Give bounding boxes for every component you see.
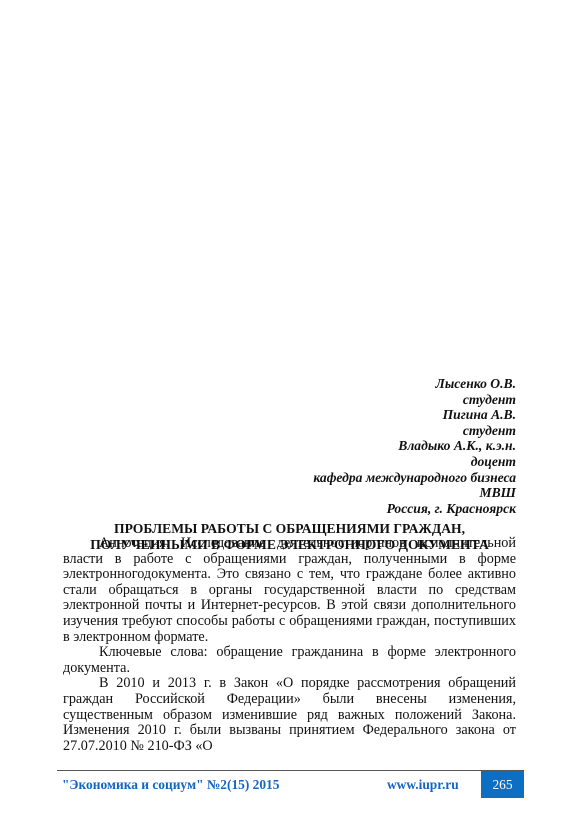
author-institution: МВШ bbox=[313, 485, 516, 501]
author-position: студент bbox=[313, 392, 516, 408]
body-paragraph: В 2010 и 2013 г. в Закон «О порядке расс… bbox=[63, 676, 516, 754]
author-position: студент bbox=[313, 423, 516, 439]
footer-website-link[interactable]: www.iupr.ru bbox=[387, 777, 459, 793]
footer-divider bbox=[57, 770, 524, 771]
author-position: доцент bbox=[313, 454, 516, 470]
footer-journal-name: "Экономика и социум" №2(15) 2015 bbox=[62, 777, 279, 793]
article-body: Аннотация: Исследование деятельностиорга… bbox=[63, 536, 516, 754]
page-number-badge: 265 bbox=[481, 771, 524, 798]
author-block: Лысенко О.В. студент Пигина А.В. студент… bbox=[313, 376, 516, 516]
abstract-paragraph: Аннотация: Исследование деятельностиорга… bbox=[63, 536, 516, 645]
author-name: Пигина А.В. bbox=[313, 407, 516, 423]
author-department: кафедра международного бизнеса bbox=[313, 470, 516, 486]
author-name: Лысенко О.В. bbox=[313, 376, 516, 392]
author-name: Владыко А.К., к.э.н. bbox=[313, 438, 516, 454]
author-location: Россия, г. Красноярск bbox=[313, 501, 516, 517]
keywords-paragraph: Ключевые слова: обращение гражданина в ф… bbox=[63, 645, 516, 676]
